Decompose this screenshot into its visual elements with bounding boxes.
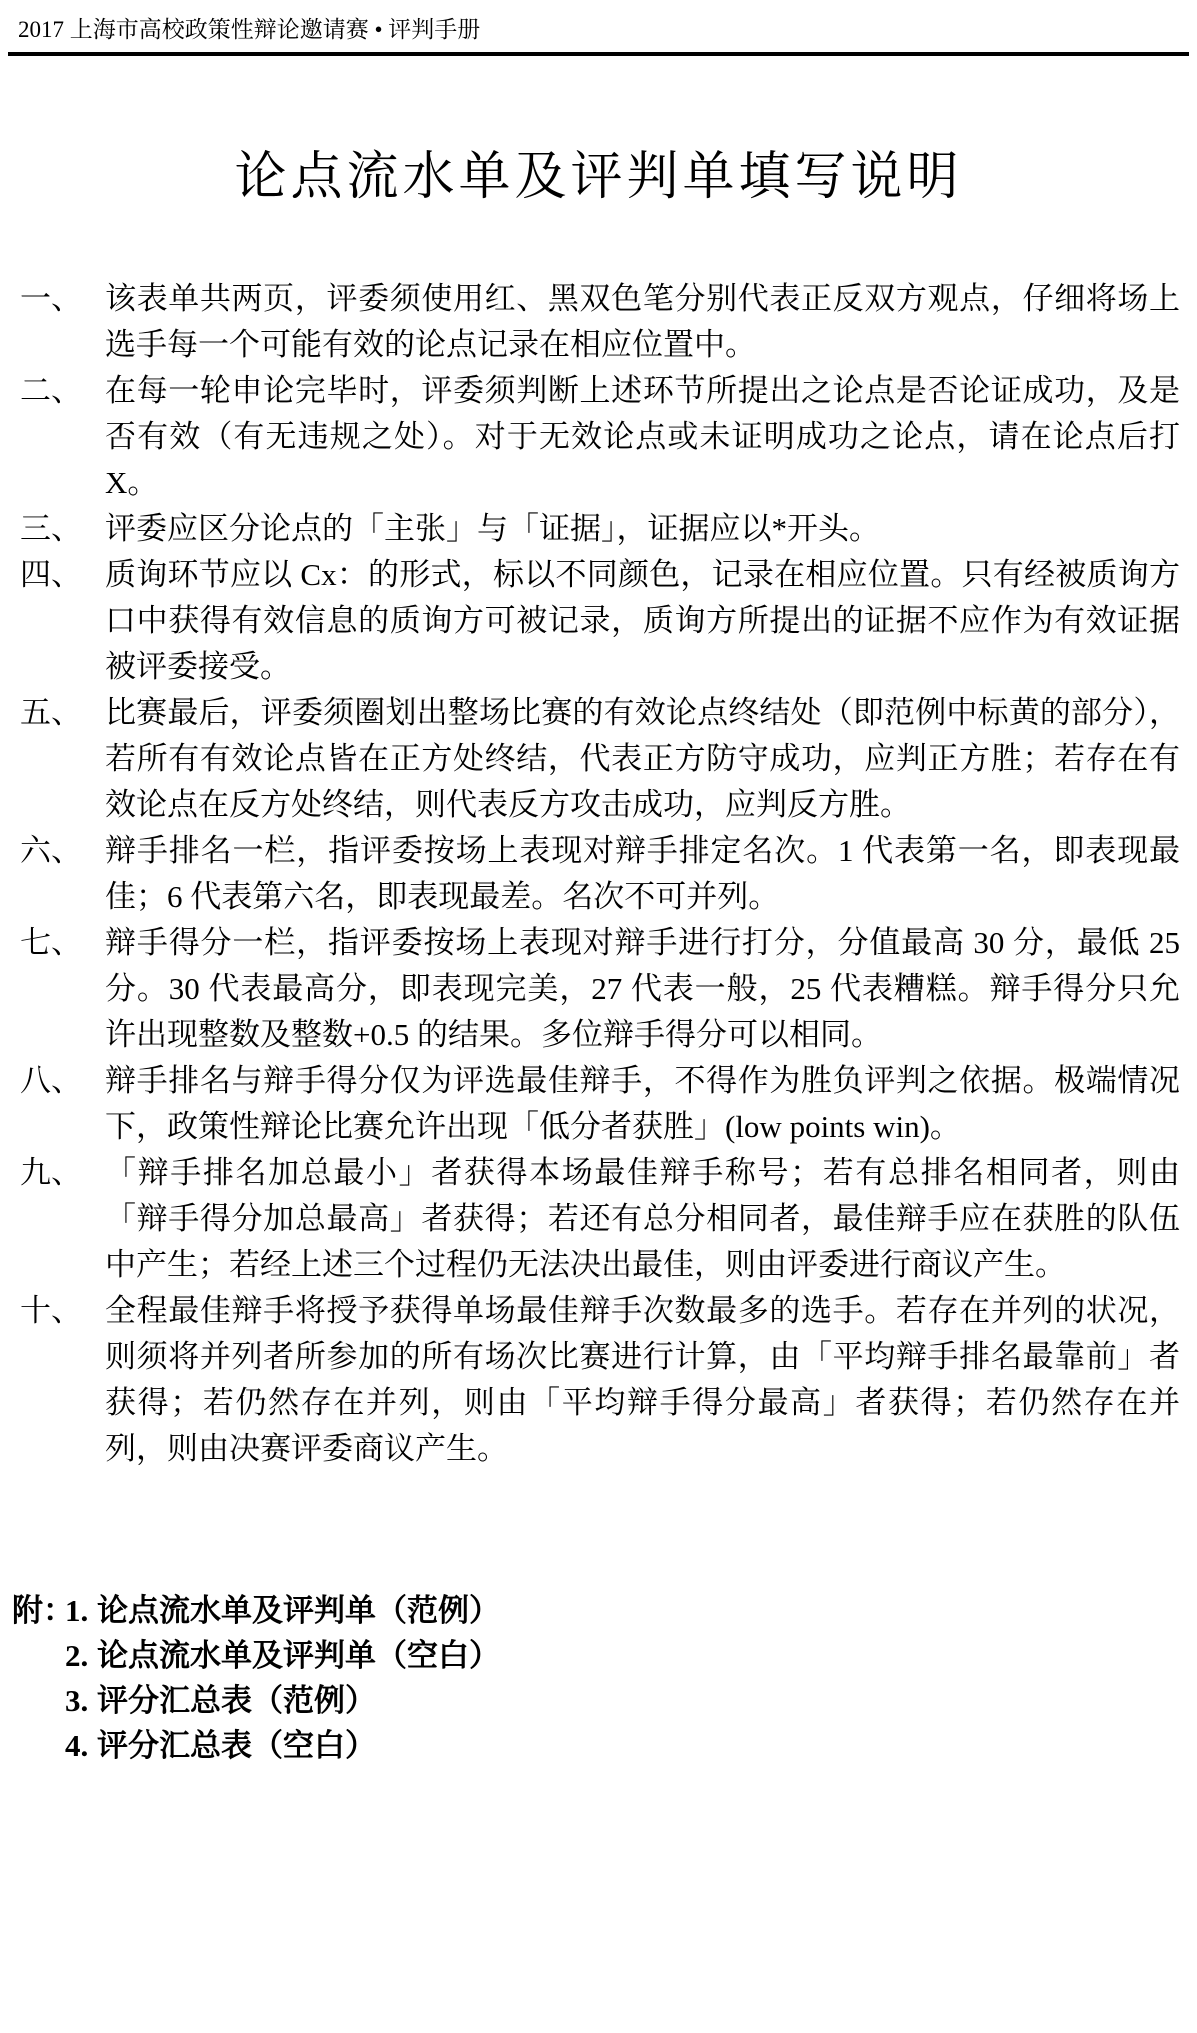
list-item-number: 三、 bbox=[20, 506, 82, 552]
list-item: 一、 该表单共两页，评委须使用红、黑双色笔分别代表正反双方观点，仔细将场上选手每… bbox=[20, 276, 1180, 368]
list-item: 七、 辩手得分一栏，指评委按场上表现对辩手进行打分，分值最高 30 分，最低 2… bbox=[20, 920, 1180, 1058]
attachment-item: 2. 论点流水单及评判单（空白） bbox=[12, 1633, 1172, 1678]
list-item-text: 「辩手排名加总最小」者获得本场最佳辩手称号；若有总排名相同者，则由「辩手得分加总… bbox=[105, 1155, 1180, 1282]
list-item: 三、 评委应区分论点的「主张」与「证据」，证据应以*开头。 bbox=[20, 506, 1180, 552]
list-item-number: 十、 bbox=[20, 1288, 82, 1334]
attachment-text: 论点流水单及评判单（范例） bbox=[97, 1588, 1172, 1633]
header-divider-rule bbox=[8, 52, 1189, 56]
list-item-text: 辩手排名一栏，指评委按场上表现对辩手排定名次。1 代表第一名，即表现最佳；6 代… bbox=[105, 833, 1180, 914]
document-page: 2017 上海市高校政策性辩论邀请赛 • 评判手册 论点流水单及评判单填写说明 … bbox=[0, 0, 1197, 2033]
attachment-text: 评分汇总表（空白） bbox=[97, 1723, 1172, 1768]
list-item-text: 在每一轮申论完毕时，评委须判断上述环节所提出之论点是否论证成功，及是否有效（有无… bbox=[105, 373, 1180, 500]
list-item: 九、 「辩手排名加总最小」者获得本场最佳辩手称号；若有总排名相同者，则由「辩手得… bbox=[20, 1150, 1180, 1288]
attachment-text: 评分汇总表（范例） bbox=[97, 1678, 1172, 1723]
attachment-number: 4. bbox=[65, 1723, 97, 1768]
list-item-text: 比赛最后，评委须圈划出整场比赛的有效论点终结处（即范例中标黄的部分），若所有有效… bbox=[105, 695, 1180, 822]
list-item-number: 一、 bbox=[20, 276, 82, 322]
list-item-number: 七、 bbox=[20, 920, 82, 966]
list-item: 四、 质询环节应以 Cx：的形式，标以不同颜色，记录在相应位置。只有经被质询方口… bbox=[20, 552, 1180, 690]
list-item-text: 质询环节应以 Cx：的形式，标以不同颜色，记录在相应位置。只有经被质询方口中获得… bbox=[105, 557, 1180, 684]
list-item: 十、 全程最佳辩手将授予获得单场最佳辩手次数最多的选手。若存在并列的状况，则须将… bbox=[20, 1288, 1180, 1472]
list-item-text: 评委应区分论点的「主张」与「证据」，证据应以*开头。 bbox=[105, 511, 880, 546]
list-item: 八、 辩手排名与辩手得分仅为评选最佳辩手，不得作为胜负评判之依据。极端情况下，政… bbox=[20, 1058, 1180, 1150]
instruction-list: 一、 该表单共两页，评委须使用红、黑双色笔分别代表正反双方观点，仔细将场上选手每… bbox=[20, 276, 1180, 1472]
list-item-number: 二、 bbox=[20, 368, 82, 414]
attachment-number: 2. bbox=[65, 1633, 97, 1678]
list-item: 六、 辩手排名一栏，指评委按场上表现对辩手排定名次。1 代表第一名，即表现最佳；… bbox=[20, 828, 1180, 920]
list-item-number: 六、 bbox=[20, 828, 82, 874]
attachments-section: 附： 1. 论点流水单及评判单（范例） 2. 论点流水单及评判单（空白） 3. … bbox=[12, 1588, 1172, 1768]
list-item-number: 五、 bbox=[20, 690, 82, 736]
list-item-text: 辩手排名与辩手得分仅为评选最佳辩手，不得作为胜负评判之依据。极端情况下，政策性辩… bbox=[105, 1063, 1180, 1144]
list-item: 二、 在每一轮申论完毕时，评委须判断上述环节所提出之论点是否论证成功，及是否有效… bbox=[20, 368, 1180, 506]
attachment-number: 1. bbox=[65, 1588, 97, 1633]
attachment-item: 3. 评分汇总表（范例） bbox=[12, 1678, 1172, 1723]
list-item-text: 全程最佳辩手将授予获得单场最佳辩手次数最多的选手。若存在并列的状况，则须将并列者… bbox=[105, 1293, 1180, 1466]
attachments-label: 附： bbox=[12, 1588, 65, 1633]
list-item-text: 辩手得分一栏，指评委按场上表现对辩手进行打分，分值最高 30 分，最低 25 分… bbox=[105, 925, 1180, 1052]
page-header-title: 2017 上海市高校政策性辩论邀请赛 • 评判手册 bbox=[18, 15, 480, 45]
attachments-label-spacer bbox=[12, 1678, 65, 1723]
list-item-text: 该表单共两页，评委须使用红、黑双色笔分别代表正反双方观点，仔细将场上选手每一个可… bbox=[105, 281, 1180, 362]
list-item-number: 九、 bbox=[20, 1150, 82, 1196]
attachments-label-spacer bbox=[12, 1723, 65, 1768]
document-title: 论点流水单及评判单填写说明 bbox=[0, 148, 1197, 208]
attachment-number: 3. bbox=[65, 1678, 97, 1723]
attachment-item: 4. 评分汇总表（空白） bbox=[12, 1723, 1172, 1768]
attachments-label-spacer bbox=[12, 1633, 65, 1678]
attachment-item: 附： 1. 论点流水单及评判单（范例） bbox=[12, 1588, 1172, 1633]
list-item-number: 四、 bbox=[20, 552, 82, 598]
list-item-number: 八、 bbox=[20, 1058, 82, 1104]
attachment-text: 论点流水单及评判单（空白） bbox=[97, 1633, 1172, 1678]
list-item: 五、 比赛最后，评委须圈划出整场比赛的有效论点终结处（即范例中标黄的部分），若所… bbox=[20, 690, 1180, 828]
